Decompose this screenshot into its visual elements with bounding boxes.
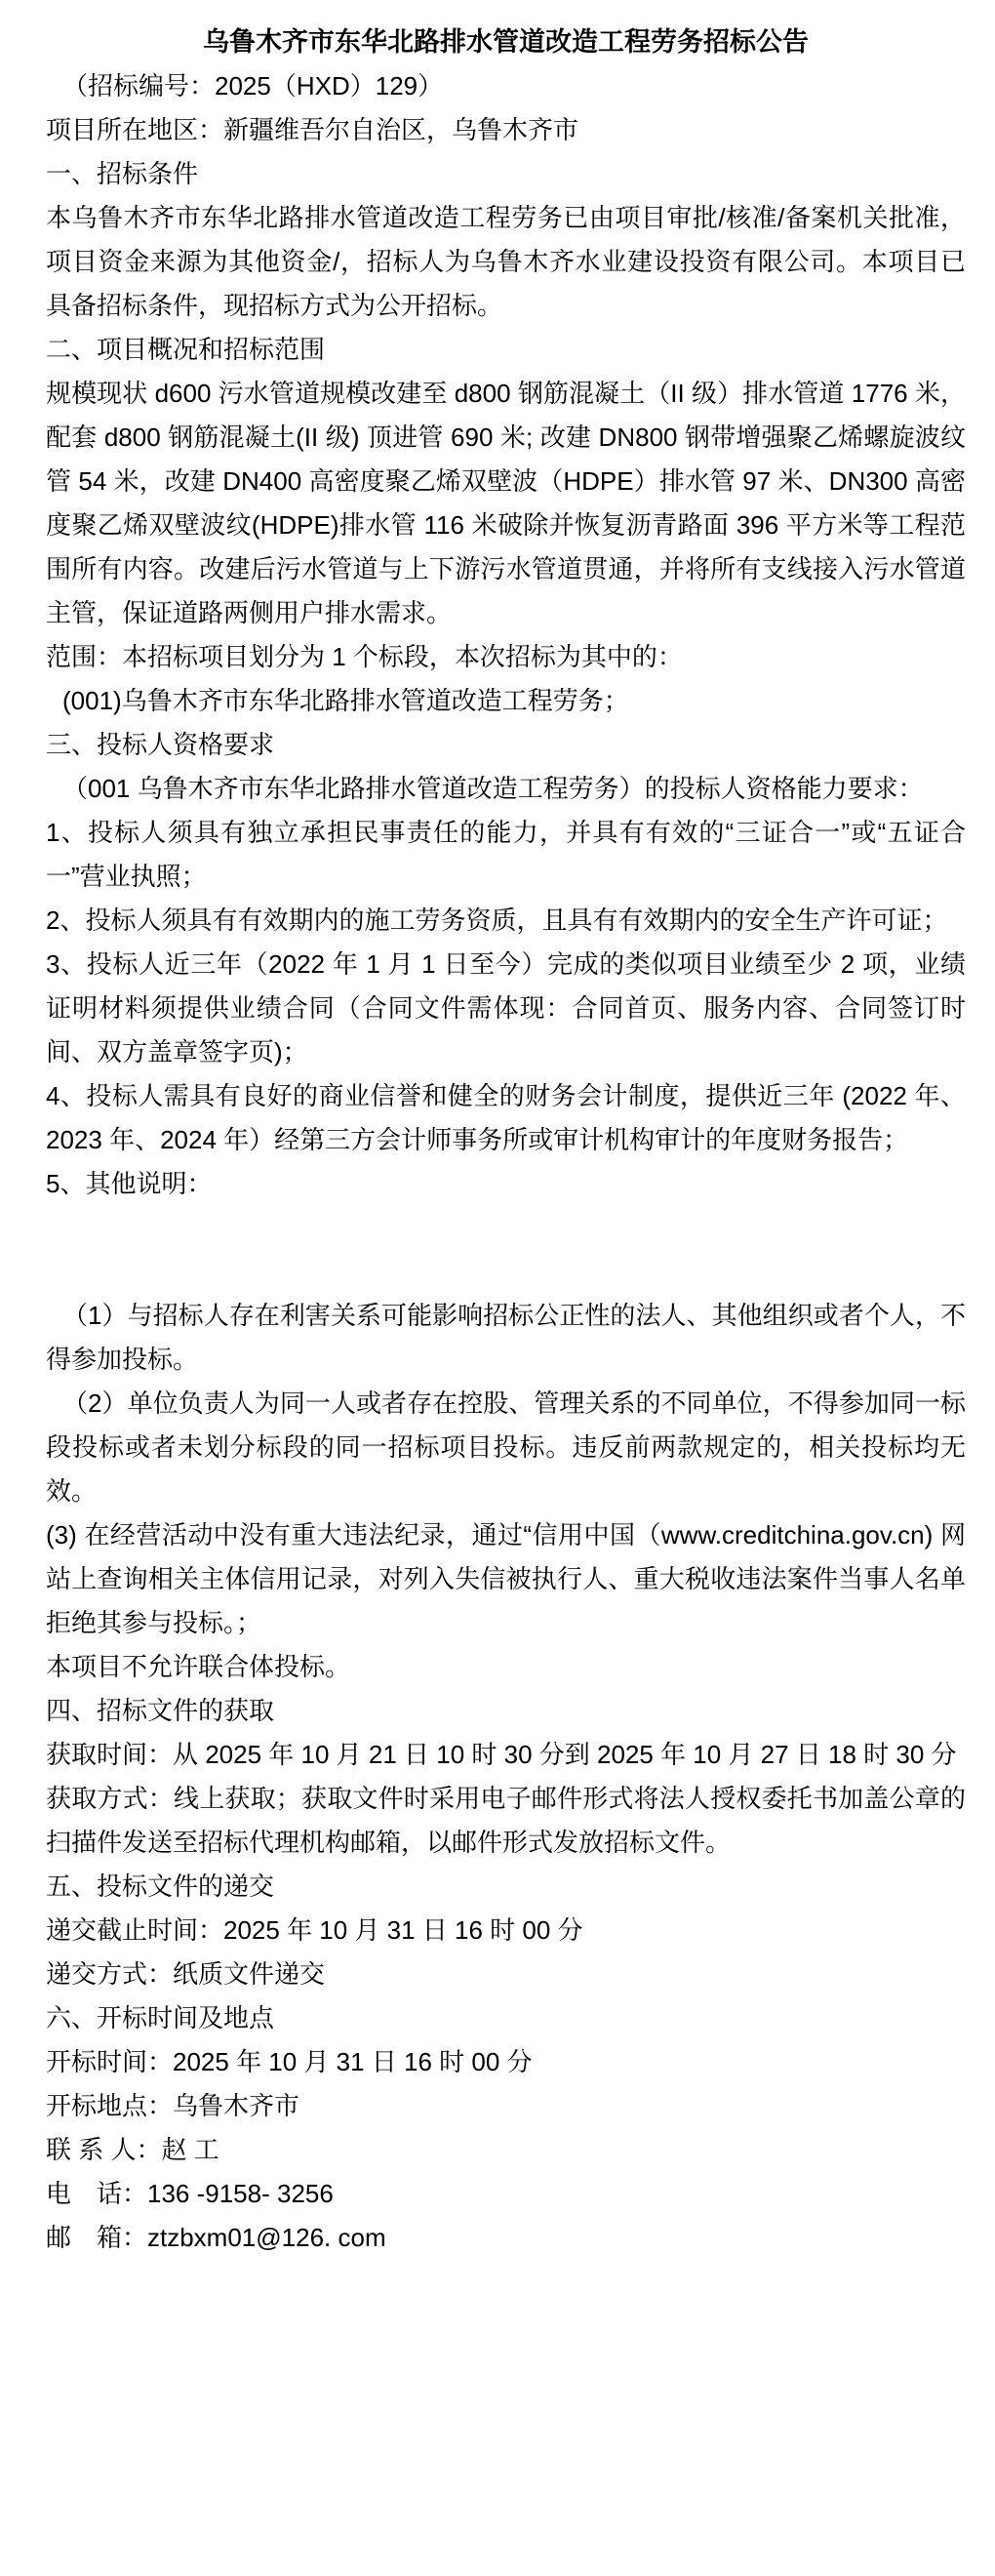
opening-time: 开标时间：2025 年 10 月 31 日 16 时 00 分 [46,2040,966,2084]
submit-method: 递交方式：纸质文件递交 [46,1952,966,1996]
section-2-scale: 规模现状 d600 污水管道规模改建至 d800 钢筋混凝土（II 级）排水管道… [46,372,966,635]
qualification-3: 3、投标人近三年（2022 年 1 月 1 日至今）完成的类似项目业绩至少 2 … [46,943,966,1074]
project-region: 项目所在地区：新疆维吾尔自治区，乌鲁木齐市 [46,108,966,152]
qualification-intro: （001 乌鲁木齐市东华北路排水管道改造工程劳务）的投标人资格能力要求： [46,767,966,811]
tender-number: （招标编号：2025（HXD）129） [46,64,966,108]
contact-email: 邮 箱：ztzbxm01@126. com [46,2216,966,2260]
opening-place: 开标地点：乌鲁木齐市 [46,2084,966,2128]
section-6-heading: 六、开标时间及地点 [46,1996,966,2040]
qualification-2: 2、投标人须具有有效期内的施工劳务资质，且具有有效期内的安全生产许可证； [46,899,966,943]
section-3-heading: 三、投标人资格要求 [46,723,966,767]
contact-phone: 电 话：136 -9158- 3256 [46,2172,966,2216]
doc-obtain-method: 获取方式：线上获取；获取文件时采用电子邮件形式将法人授权委托书加盖公章的扫描件发… [46,1777,966,1865]
section-5-heading: 五、投标文件的递交 [46,1865,966,1909]
other-note-3: (3) 在经营活动中没有重大违法纪录，通过“信用中国（www.creditchi… [46,1513,966,1645]
qualification-1: 1、投标人须具有独立承担民事责任的能力，并具有有效的“三证合一”或“五证合一”营… [46,811,966,899]
document-title: 乌鲁木齐市东华北路排水管道改造工程劳务招标公告 [46,20,966,64]
submit-deadline: 递交截止时间：2025 年 10 月 31 日 16 时 00 分 [46,1909,966,1952]
section-2-heading: 二、项目概况和招标范围 [46,328,966,372]
section-2-scope: 范围：本招标项目划分为 1 个标段，本次招标为其中的： [46,635,966,679]
other-note-1: （1）与招标人存在利害关系可能影响招标公正性的法人、其他组织或者个人，不得参加投… [46,1294,966,1382]
qualification-4: 4、投标人需具有良好的商业信誉和健全的财务会计制度，提供近三年 (2022 年、… [46,1074,966,1162]
section-1-body: 本乌鲁木齐市东华北路排水管道改造工程劳务已由项目审批/核准/备案机关批准，项目资… [46,196,966,328]
document-body: 乌鲁木齐市东华北路排水管道改造工程劳务招标公告（招标编号：2025（HXD）12… [0,0,995,2576]
qualification-5: 5、其他说明： [46,1162,966,1206]
other-note-2: （2）单位负责人为同一人或者存在控股、管理关系的不同单位，不得参加同一标段投标或… [46,1382,966,1513]
doc-obtain-time: 获取时间：从 2025 年 10 月 21 日 10 时 30 分到 2025 … [46,1733,966,1777]
section-4-heading: 四、招标文件的获取 [46,1689,966,1733]
section-1-heading: 一、招标条件 [46,152,966,196]
no-consortium: 本项目不允许联合体投标。 [46,1645,966,1689]
contact-person: 联 系 人：赵 工 [46,2128,966,2172]
section-2-lot: (001)乌鲁木齐市东华北路排水管道改造工程劳务； [46,679,966,723]
blank-gap [46,1206,966,1294]
